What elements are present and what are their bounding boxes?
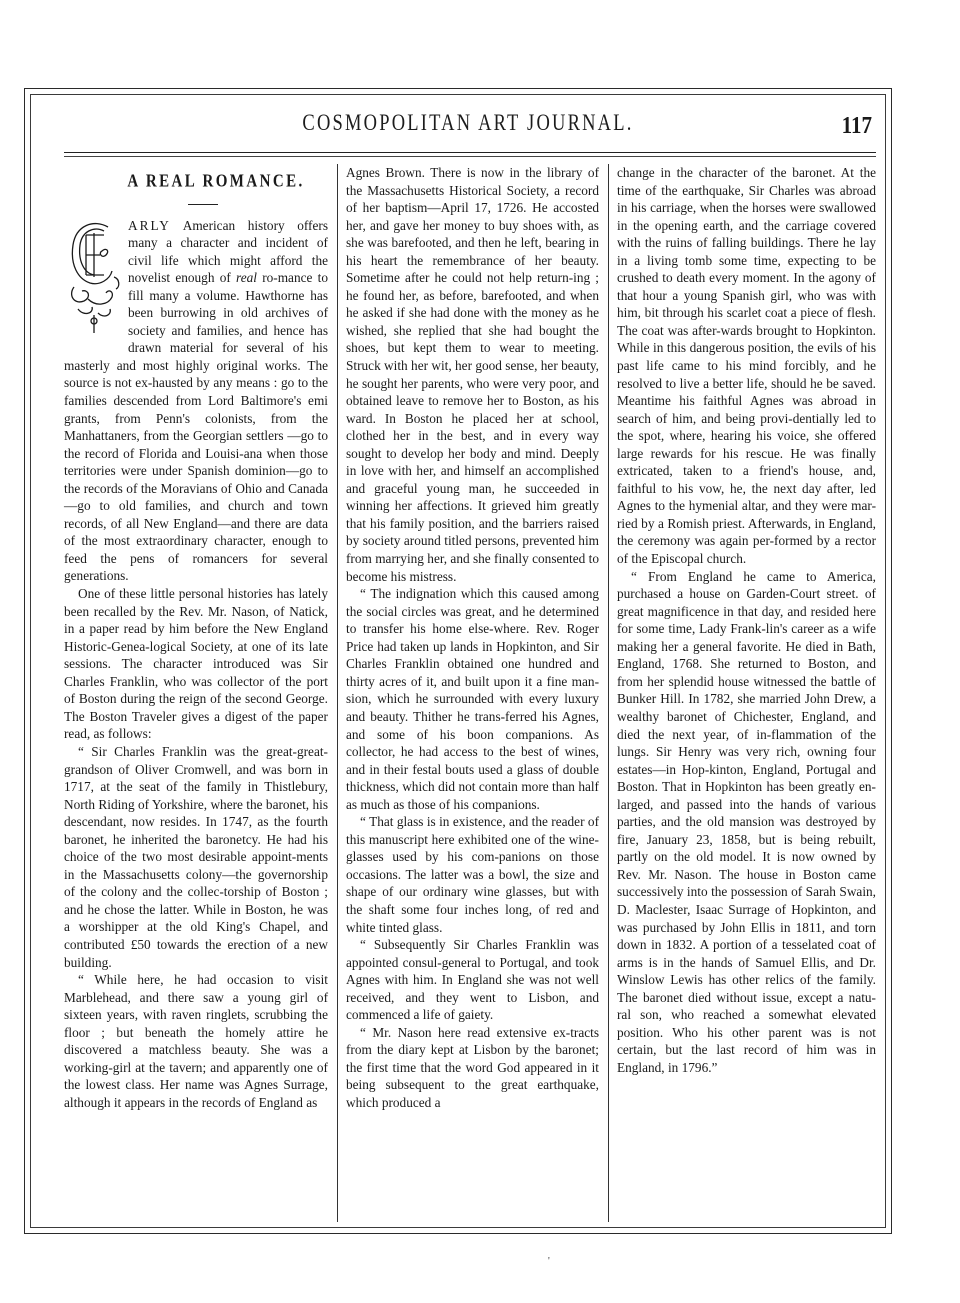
paragraph: “ The indignation which this caused amon… [346, 585, 599, 813]
article-body: A REAL ROMANCE. [64, 164, 876, 1222]
lead-caps: ARLY [128, 218, 171, 233]
paragraph: “ Mr. Nason here read extensive ex-tract… [346, 1024, 599, 1112]
paragraph: “ That glass is in existence, and the re… [346, 813, 599, 936]
page-number: 117 [842, 111, 872, 140]
paragraph: “ Subsequently Sir Charles Franklin was … [346, 936, 599, 1024]
header-double-rule [64, 152, 876, 157]
paragraph: ARLY American history offers many a char… [64, 217, 328, 585]
column-2: Agnes Brown. There is now in the library… [337, 164, 608, 1222]
italic-word: real [236, 270, 257, 285]
column-3: change in the character of the baronet. … [608, 164, 876, 1222]
ornamental-dropcap-e-icon [64, 217, 124, 341]
paragraph: Agnes Brown. There is now in the library… [346, 164, 599, 585]
running-header: COSMOPOLITAN ART JOURNAL. 117 [60, 104, 876, 144]
title-rule [188, 204, 218, 205]
paragraph: One of these little personal histories h… [64, 585, 328, 743]
article-title: A REAL ROMANCE. [104, 172, 328, 193]
scan-mark: ' [548, 1256, 550, 1267]
paragraph: “ Sir Charles Franklin was the great-gre… [64, 743, 328, 971]
paragraph: “ While here, he had occasion to visit M… [64, 971, 328, 1111]
paragraph: change in the character of the baronet. … [617, 164, 876, 568]
journal-title: COSMOPOLITAN ART JOURNAL. [60, 111, 876, 137]
paragraph: “ From England he came to America, purch… [617, 568, 876, 1077]
column-1: A REAL ROMANCE. [64, 164, 337, 1222]
